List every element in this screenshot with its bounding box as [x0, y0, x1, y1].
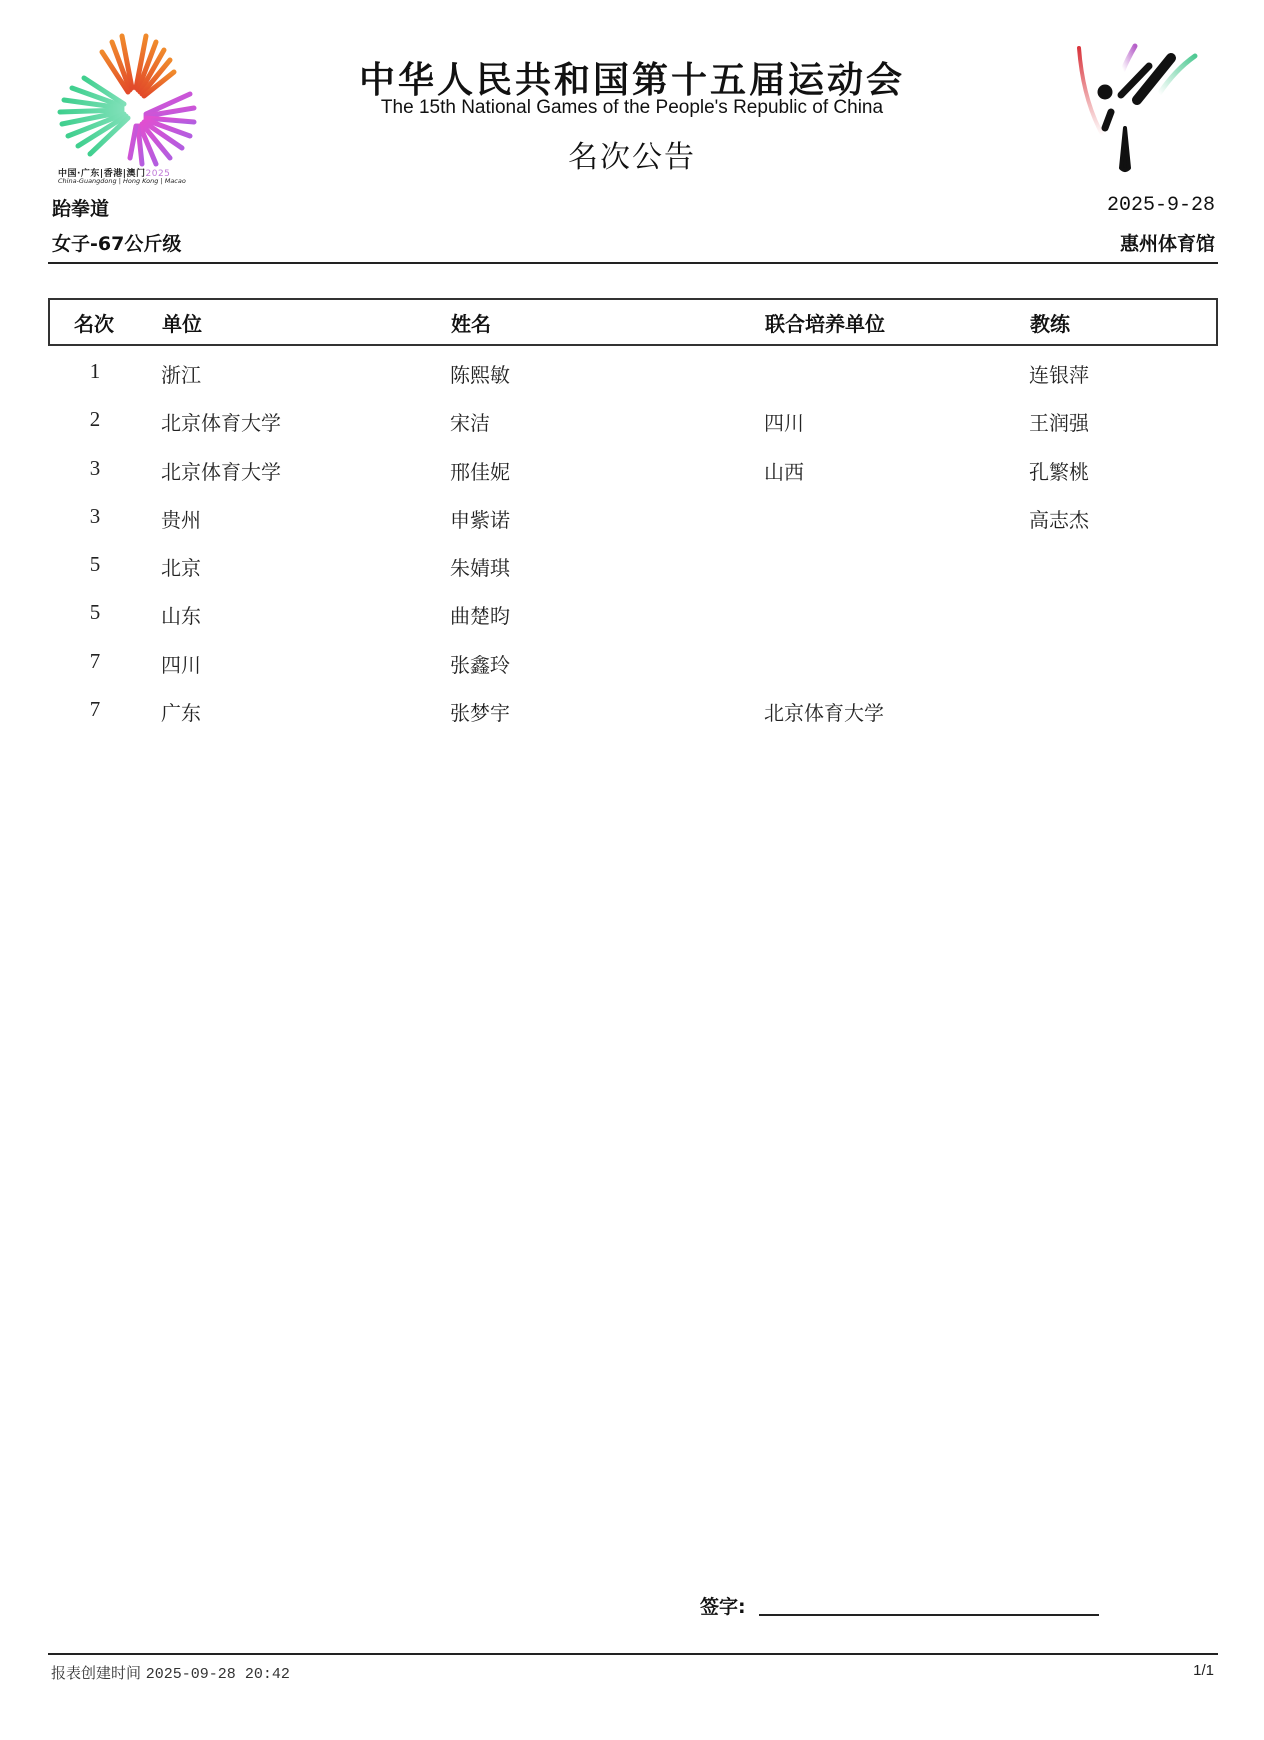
footer-divider: [48, 1653, 1218, 1655]
column-header-unit: 单位: [162, 308, 202, 337]
cell-coach: 连银萍: [1029, 359, 1089, 388]
created-timestamp: 2025-09-28 20:42: [146, 1666, 290, 1683]
cell-rank: 1: [88, 359, 102, 384]
games-title-cn: 中华人民共和国第十五届运动会: [0, 52, 1264, 103]
cell-name: 邢佳妮: [450, 456, 510, 485]
table-body: 1 浙江 陈熙敏 连银萍 2 北京体育大学 宋洁 四川 王润强 3 北京体育大学…: [48, 346, 1218, 732]
cell-unit: 山东: [161, 600, 201, 629]
column-header-coach: 教练: [1030, 308, 1070, 337]
event-date: 2025-9-28: [1107, 194, 1215, 217]
cell-coach: 高志杰: [1029, 504, 1089, 533]
signature-label: 签字:: [700, 1592, 746, 1619]
cell-coach: 王润强: [1029, 407, 1089, 436]
column-header-name: 姓名: [451, 308, 491, 337]
cell-unit: 北京: [161, 552, 201, 581]
cell-rank: 2: [88, 407, 102, 432]
page-number: 1/1: [1193, 1662, 1214, 1679]
cell-unit: 北京体育大学: [161, 456, 281, 485]
cell-rank: 7: [88, 649, 102, 674]
cell-rank: 3: [88, 456, 102, 481]
cell-coach: 孔繁桃: [1029, 456, 1089, 485]
cell-rank: 3: [88, 504, 102, 529]
cell-unit: 贵州: [161, 504, 201, 533]
cell-name: 申紫诺: [450, 504, 510, 533]
cell-name: 陈熙敏: [450, 359, 510, 388]
cell-joint-unit: 山西: [764, 456, 804, 485]
report-created-time: 报表创建时间 2025-09-28 20:42: [51, 1662, 290, 1683]
table-row: 2 北京体育大学 宋洁 四川 王润强: [48, 394, 1218, 442]
cell-unit: 四川: [161, 649, 201, 678]
table-row: 5 山东 曲楚昀: [48, 587, 1218, 635]
table-row: 3 贵州 申紫诺 高志杰: [48, 491, 1218, 539]
cell-joint-unit: 北京体育大学: [764, 697, 884, 726]
page-title: 名次公告: [0, 132, 1264, 176]
column-header-rank: 名次: [74, 308, 114, 337]
header-divider: [48, 262, 1218, 264]
cell-unit: 广东: [161, 697, 201, 726]
sport-name: 跆拳道: [52, 194, 109, 221]
cell-name: 朱婧琪: [450, 552, 510, 581]
results-table: 名次 单位 姓名 联合培养单位 教练 1 浙江 陈熙敏 连银萍 2 北京体育大学…: [48, 298, 1218, 732]
cell-unit: 浙江: [161, 359, 201, 388]
emblem-caption-en: China-Guangdong | Hong Kong | Macao: [58, 177, 186, 185]
cell-name: 曲楚昀: [450, 600, 510, 629]
cell-unit: 北京体育大学: [161, 407, 281, 436]
table-row: 1 浙江 陈熙敏 连银萍: [48, 346, 1218, 394]
cell-rank: 7: [88, 697, 102, 722]
cell-name: 宋洁: [450, 407, 490, 436]
table-row: 7 四川 张鑫玲: [48, 636, 1218, 684]
table-row: 5 北京 朱婧琪: [48, 539, 1218, 587]
table-header: 名次 单位 姓名 联合培养单位 教练: [48, 298, 1218, 346]
venue-name: 惠州体育馆: [1120, 229, 1215, 256]
cell-name: 张鑫玲: [450, 649, 510, 678]
table-row: 3 北京体育大学 邢佳妮 山西 孔繁桃: [48, 443, 1218, 491]
event-name: 女子-67公斤级: [52, 229, 181, 256]
cell-rank: 5: [88, 552, 102, 577]
signature-line: [759, 1614, 1099, 1616]
cell-joint-unit: 四川: [764, 407, 804, 436]
table-row: 7 广东 张梦宇 北京体育大学: [48, 684, 1218, 732]
created-label: 报表创建时间: [51, 1664, 141, 1682]
cell-rank: 5: [88, 600, 102, 625]
cell-name: 张梦宇: [450, 697, 510, 726]
column-header-joint-unit: 联合培养单位: [765, 308, 885, 337]
games-title-en: The 15th National Games of the People's …: [0, 97, 1264, 119]
